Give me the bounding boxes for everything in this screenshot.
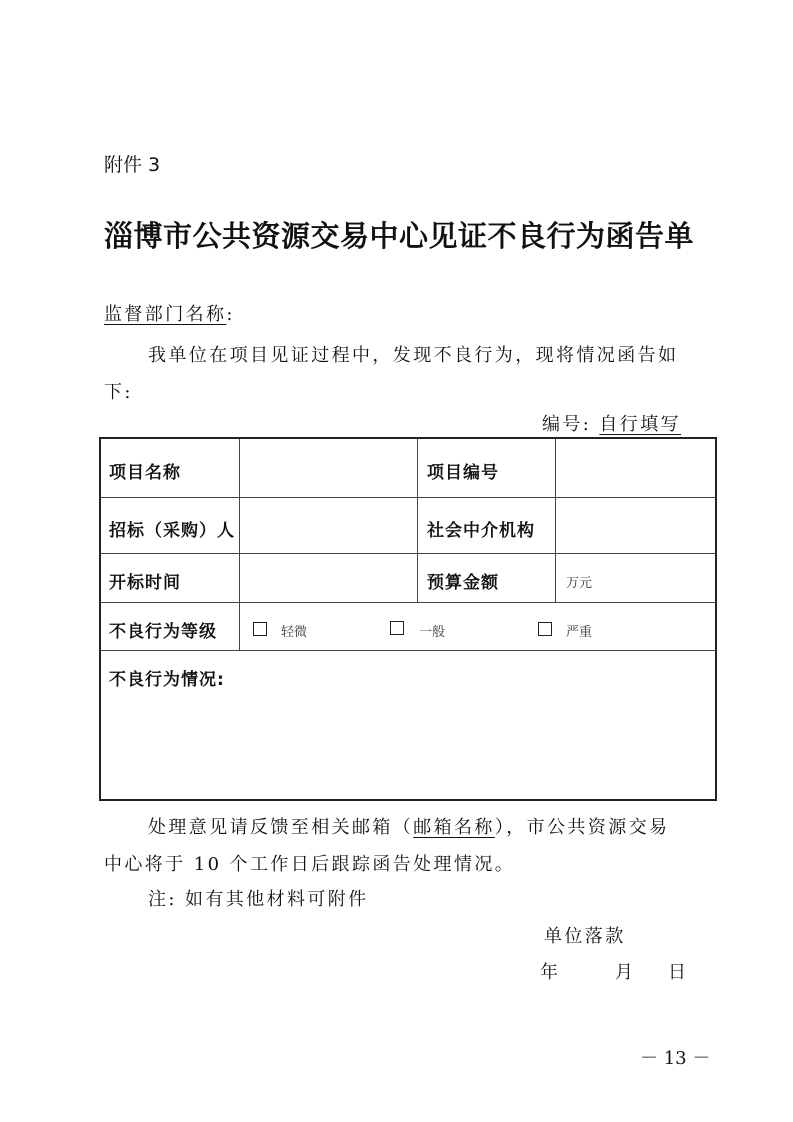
serial-value[interactable]: 自行填写 (599, 414, 681, 435)
intro-line-2: 下: (104, 378, 133, 404)
agency-label: 社会中介机构 (427, 516, 535, 541)
bid-time-label: 开标时间 (109, 568, 181, 593)
row-divider (101, 602, 715, 603)
date-month: 月 (615, 958, 635, 984)
page-number: － 13 － (640, 1044, 710, 1070)
situation-label: 不良行为情况: (109, 665, 225, 690)
intro-line-1: 我单位在项目见证过程中，发现不良行为，现将情况函告如 (148, 341, 678, 367)
document-title: 淄博市公共资源交易中心见证不良行为函告单 (104, 214, 694, 255)
budget-label: 预算金额 (427, 568, 499, 593)
col-divider (239, 439, 240, 651)
col-divider (417, 439, 418, 603)
outro-line-1: 处理意见请反馈至相关邮箱（邮箱名称），市公共资源交易 (148, 813, 669, 839)
project-name-field[interactable] (247, 458, 407, 480)
tenderer-field[interactable] (247, 516, 407, 538)
serial-line: 编号: 自行填写 (542, 410, 681, 436)
row-divider (101, 497, 715, 498)
project-number-label: 项目编号 (427, 458, 499, 483)
date-year: 年 (540, 958, 560, 984)
email-name[interactable]: 邮箱名称 (413, 817, 495, 838)
checkbox-general[interactable] (390, 621, 404, 635)
level-label: 不良行为等级 (109, 617, 217, 642)
budget-unit: 万元 (566, 572, 592, 591)
report-table: 项目名称 项目编号 招标（采购）人 社会中介机构 开标时间 预算金额 万元 不良… (99, 437, 717, 801)
option-general-label: 一般 (419, 621, 445, 640)
attachment-label: 附件 3 (104, 150, 160, 177)
option-minor-label: 轻微 (281, 621, 307, 640)
project-name-label: 项目名称 (109, 458, 181, 483)
supervisor-colon: : (226, 304, 234, 325)
situation-field[interactable] (109, 691, 705, 791)
outro-text-a: 处理意见请反馈至相关邮箱（ (148, 817, 413, 838)
serial-label: 编号: (542, 414, 599, 435)
option-serious-label: 严重 (566, 621, 592, 640)
supervisor-line: 监督部门名称: (104, 300, 235, 326)
supervisor-label: 监督部门名称 (104, 304, 226, 325)
checkbox-serious[interactable] (538, 622, 552, 636)
note: 注: 如有其他材料可附件 (148, 885, 369, 911)
outro-line-2: 中心将于 10 个工作日后跟踪函告处理情况。 (104, 850, 515, 876)
agency-field[interactable] (563, 516, 703, 538)
outro-text-b: ），市公共资源交易 (495, 817, 670, 838)
row-divider (101, 650, 715, 651)
bid-time-field[interactable] (247, 568, 407, 590)
date-day: 日 (668, 958, 688, 984)
checkbox-minor[interactable] (253, 622, 267, 636)
row-divider (101, 553, 715, 554)
col-divider (555, 439, 556, 603)
signature-label: 单位落款 (544, 922, 626, 948)
project-number-field[interactable] (563, 458, 703, 480)
tenderer-label: 招标（采购）人 (109, 516, 235, 541)
